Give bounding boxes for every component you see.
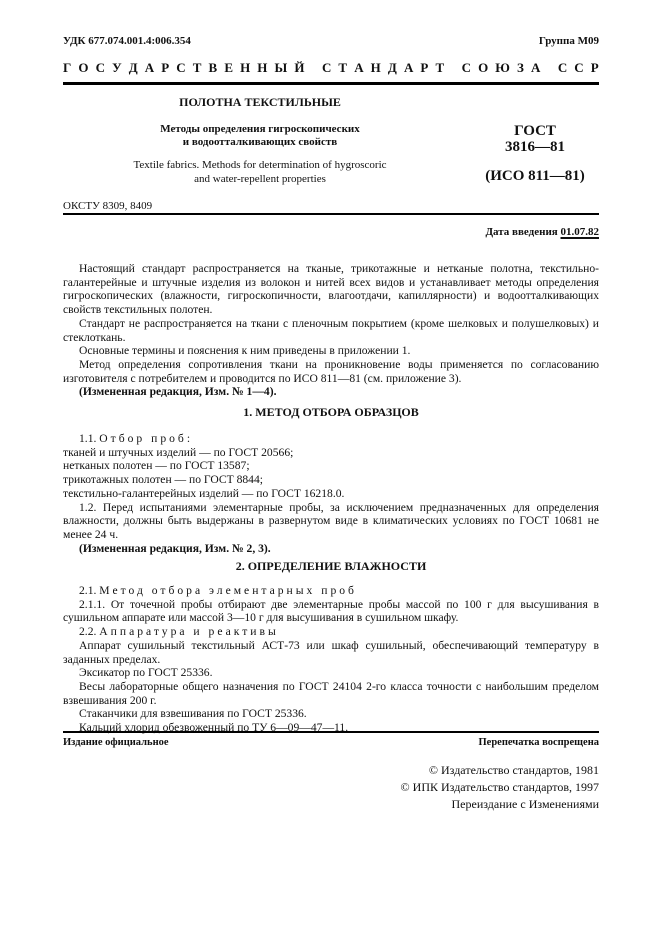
heading-letter: Н bbox=[257, 60, 267, 76]
copyright-line: © Издательство стандартов, 1981 bbox=[401, 762, 599, 779]
heading-letter: С bbox=[558, 60, 567, 76]
gost-designation: ГОСТ 3816—81 bbox=[470, 123, 600, 155]
clause-title: Метод отбора элементарных проб bbox=[99, 584, 357, 597]
section-1: 1.1. Отбор проб: тканей и штучных издели… bbox=[63, 432, 599, 555]
section-2-heading: 2. ОПРЕДЕЛЕНИЕ ВЛАЖНОСТИ bbox=[63, 559, 599, 574]
clause-2-1-1: 2.1.1. От точечной пробы отбирают две эл… bbox=[63, 598, 599, 625]
heading-letter: Н bbox=[371, 60, 381, 76]
heading-letter: С bbox=[176, 60, 185, 76]
heading-letter: Р bbox=[591, 60, 599, 76]
heading-letter: Ю bbox=[495, 60, 510, 76]
heading-letter: Т bbox=[193, 60, 202, 76]
gost-label: ГОСТ bbox=[470, 123, 600, 139]
list-item: тканей и штучных изделий — по ГОСТ 20566… bbox=[63, 446, 599, 460]
heading-letter: А bbox=[404, 60, 413, 76]
list-item: Эксикатор по ГОСТ 25336. bbox=[63, 666, 599, 680]
heading-letter: О bbox=[478, 60, 488, 76]
clause-number: 2.1. bbox=[79, 584, 96, 597]
heading-letter: С bbox=[462, 60, 471, 76]
methods-title-en: Textile fabrics. Methods for determinati… bbox=[110, 158, 410, 186]
heading-letter: Д bbox=[129, 60, 138, 76]
heading-letter: С bbox=[96, 60, 105, 76]
heading-letter: У bbox=[112, 60, 122, 76]
heading-letter: О bbox=[78, 60, 88, 76]
official-edition-note: Издание официальное bbox=[63, 737, 169, 748]
clause-number: 2.2. bbox=[79, 625, 96, 638]
list-item: Весы лабораторные общего назначения по Г… bbox=[63, 680, 599, 707]
list-item: трикотажных полотен — по ГОСТ 8844; bbox=[63, 473, 599, 487]
heading-letter: А bbox=[354, 60, 363, 76]
header-divider bbox=[63, 213, 599, 215]
copyright-line: © ИПК Издательство стандартов, 1997 bbox=[401, 779, 599, 796]
copyright-block: © Издательство стандартов, 1981 © ИПК Из… bbox=[401, 762, 599, 813]
methods-title-ru: Методы определения гигроскопических и во… bbox=[110, 123, 410, 149]
clause-title: Отбор проб: bbox=[99, 432, 193, 445]
intro-paragraph: Настоящий стандарт распространяется на т… bbox=[63, 262, 599, 317]
methods-en-line1: Textile fabrics. Methods for determinati… bbox=[110, 158, 410, 172]
heading-letter: Т bbox=[435, 60, 444, 76]
heading-letter bbox=[451, 60, 454, 76]
amendment-note: (Измененная редакция, Изм. № 2, 3). bbox=[63, 542, 599, 556]
heading-letter: З bbox=[517, 60, 524, 76]
heading-letter: Е bbox=[224, 60, 233, 76]
heading-letter: А bbox=[145, 60, 154, 76]
methods-ru-line2: и водоотталкивающих свойств bbox=[110, 136, 410, 149]
section-2: 2.1. Метод отбора элементарных проб 2.1.… bbox=[63, 584, 599, 735]
clause-1-1: 1.1. Отбор проб: bbox=[63, 432, 599, 446]
date-value: 01.07.82 bbox=[561, 226, 600, 238]
heading-letter: Н bbox=[240, 60, 250, 76]
heading-letter bbox=[547, 60, 550, 76]
clause-2-1: 2.1. Метод отбора элементарных проб bbox=[63, 584, 599, 598]
intro-paragraph: Основные термины и пояснения к ним приве… bbox=[63, 344, 599, 358]
list-item: нетканых полотен — по ГОСТ 13587; bbox=[63, 459, 599, 473]
heading-letter: Р bbox=[420, 60, 428, 76]
heading-letter: С bbox=[322, 60, 331, 76]
heading-letter: Й bbox=[294, 60, 304, 76]
heading-letter: Ы bbox=[275, 60, 288, 76]
reissue-note: Переиздание с Изменениями bbox=[401, 796, 599, 813]
heading-letter bbox=[312, 60, 315, 76]
clause-2-2: 2.2. Аппаратура и реактивы bbox=[63, 625, 599, 639]
heading-letter: Г bbox=[63, 60, 71, 76]
gost-number: 3816—81 bbox=[470, 139, 600, 155]
intro-paragraph: Метод определения сопротивления ткани на… bbox=[63, 358, 599, 385]
methods-en-line2: and water-repellent properties bbox=[110, 172, 410, 186]
section-1-heading: 1. МЕТОД ОТБОРА ОБРАЗЦОВ bbox=[63, 405, 599, 420]
document-title: ПОЛОТНА ТЕКСТИЛЬНЫЕ bbox=[110, 95, 410, 110]
date-label: Дата введения bbox=[485, 226, 557, 238]
heading-letter: Д bbox=[388, 60, 397, 76]
clause-title: Аппаратура и реактивы bbox=[99, 625, 278, 638]
udk-code: УДК 677.074.001.4:006.354 bbox=[63, 35, 191, 47]
intro-paragraph: Стандарт не распространяется на ткани с … bbox=[63, 317, 599, 344]
amendment-note: (Измененная редакция, Изм. № 1—4). bbox=[63, 385, 599, 399]
heading-letter: А bbox=[531, 60, 540, 76]
list-item: Стаканчики для взвешивания по ГОСТ 25336… bbox=[63, 707, 599, 721]
reprint-prohibited-note: Перепечатка воспрещена bbox=[479, 737, 599, 748]
intro-section: Настоящий стандарт распространяется на т… bbox=[63, 262, 599, 399]
clause-number: 1.1. bbox=[79, 432, 96, 445]
introduction-date: Дата введения 01.07.82 bbox=[485, 226, 599, 238]
methods-ru-line1: Методы определения гигроскопических bbox=[110, 123, 410, 136]
list-item: Аппарат сушильный текстильный АСТ-73 или… bbox=[63, 639, 599, 666]
okstu-code: ОКСТУ 8309, 8409 bbox=[63, 200, 152, 212]
heading-letter: Р bbox=[161, 60, 169, 76]
heading-letter: В bbox=[209, 60, 218, 76]
heading-letter: С bbox=[574, 60, 583, 76]
top-divider bbox=[63, 82, 599, 85]
clause-1-2: 1.2. Перед испытаниями элементарные проб… bbox=[63, 501, 599, 542]
list-item: текстильно-галантерейных изделий — по ГО… bbox=[63, 487, 599, 501]
iso-reference: (ИСО 811—81) bbox=[470, 168, 600, 185]
state-standard-heading: ГОСУДАРСТВЕННЫЙ СТАНДАРТ СОЮЗА ССР bbox=[63, 60, 599, 76]
group-code: Группа М09 bbox=[539, 35, 599, 47]
heading-letter: Т bbox=[338, 60, 347, 76]
footer-divider bbox=[63, 731, 599, 733]
